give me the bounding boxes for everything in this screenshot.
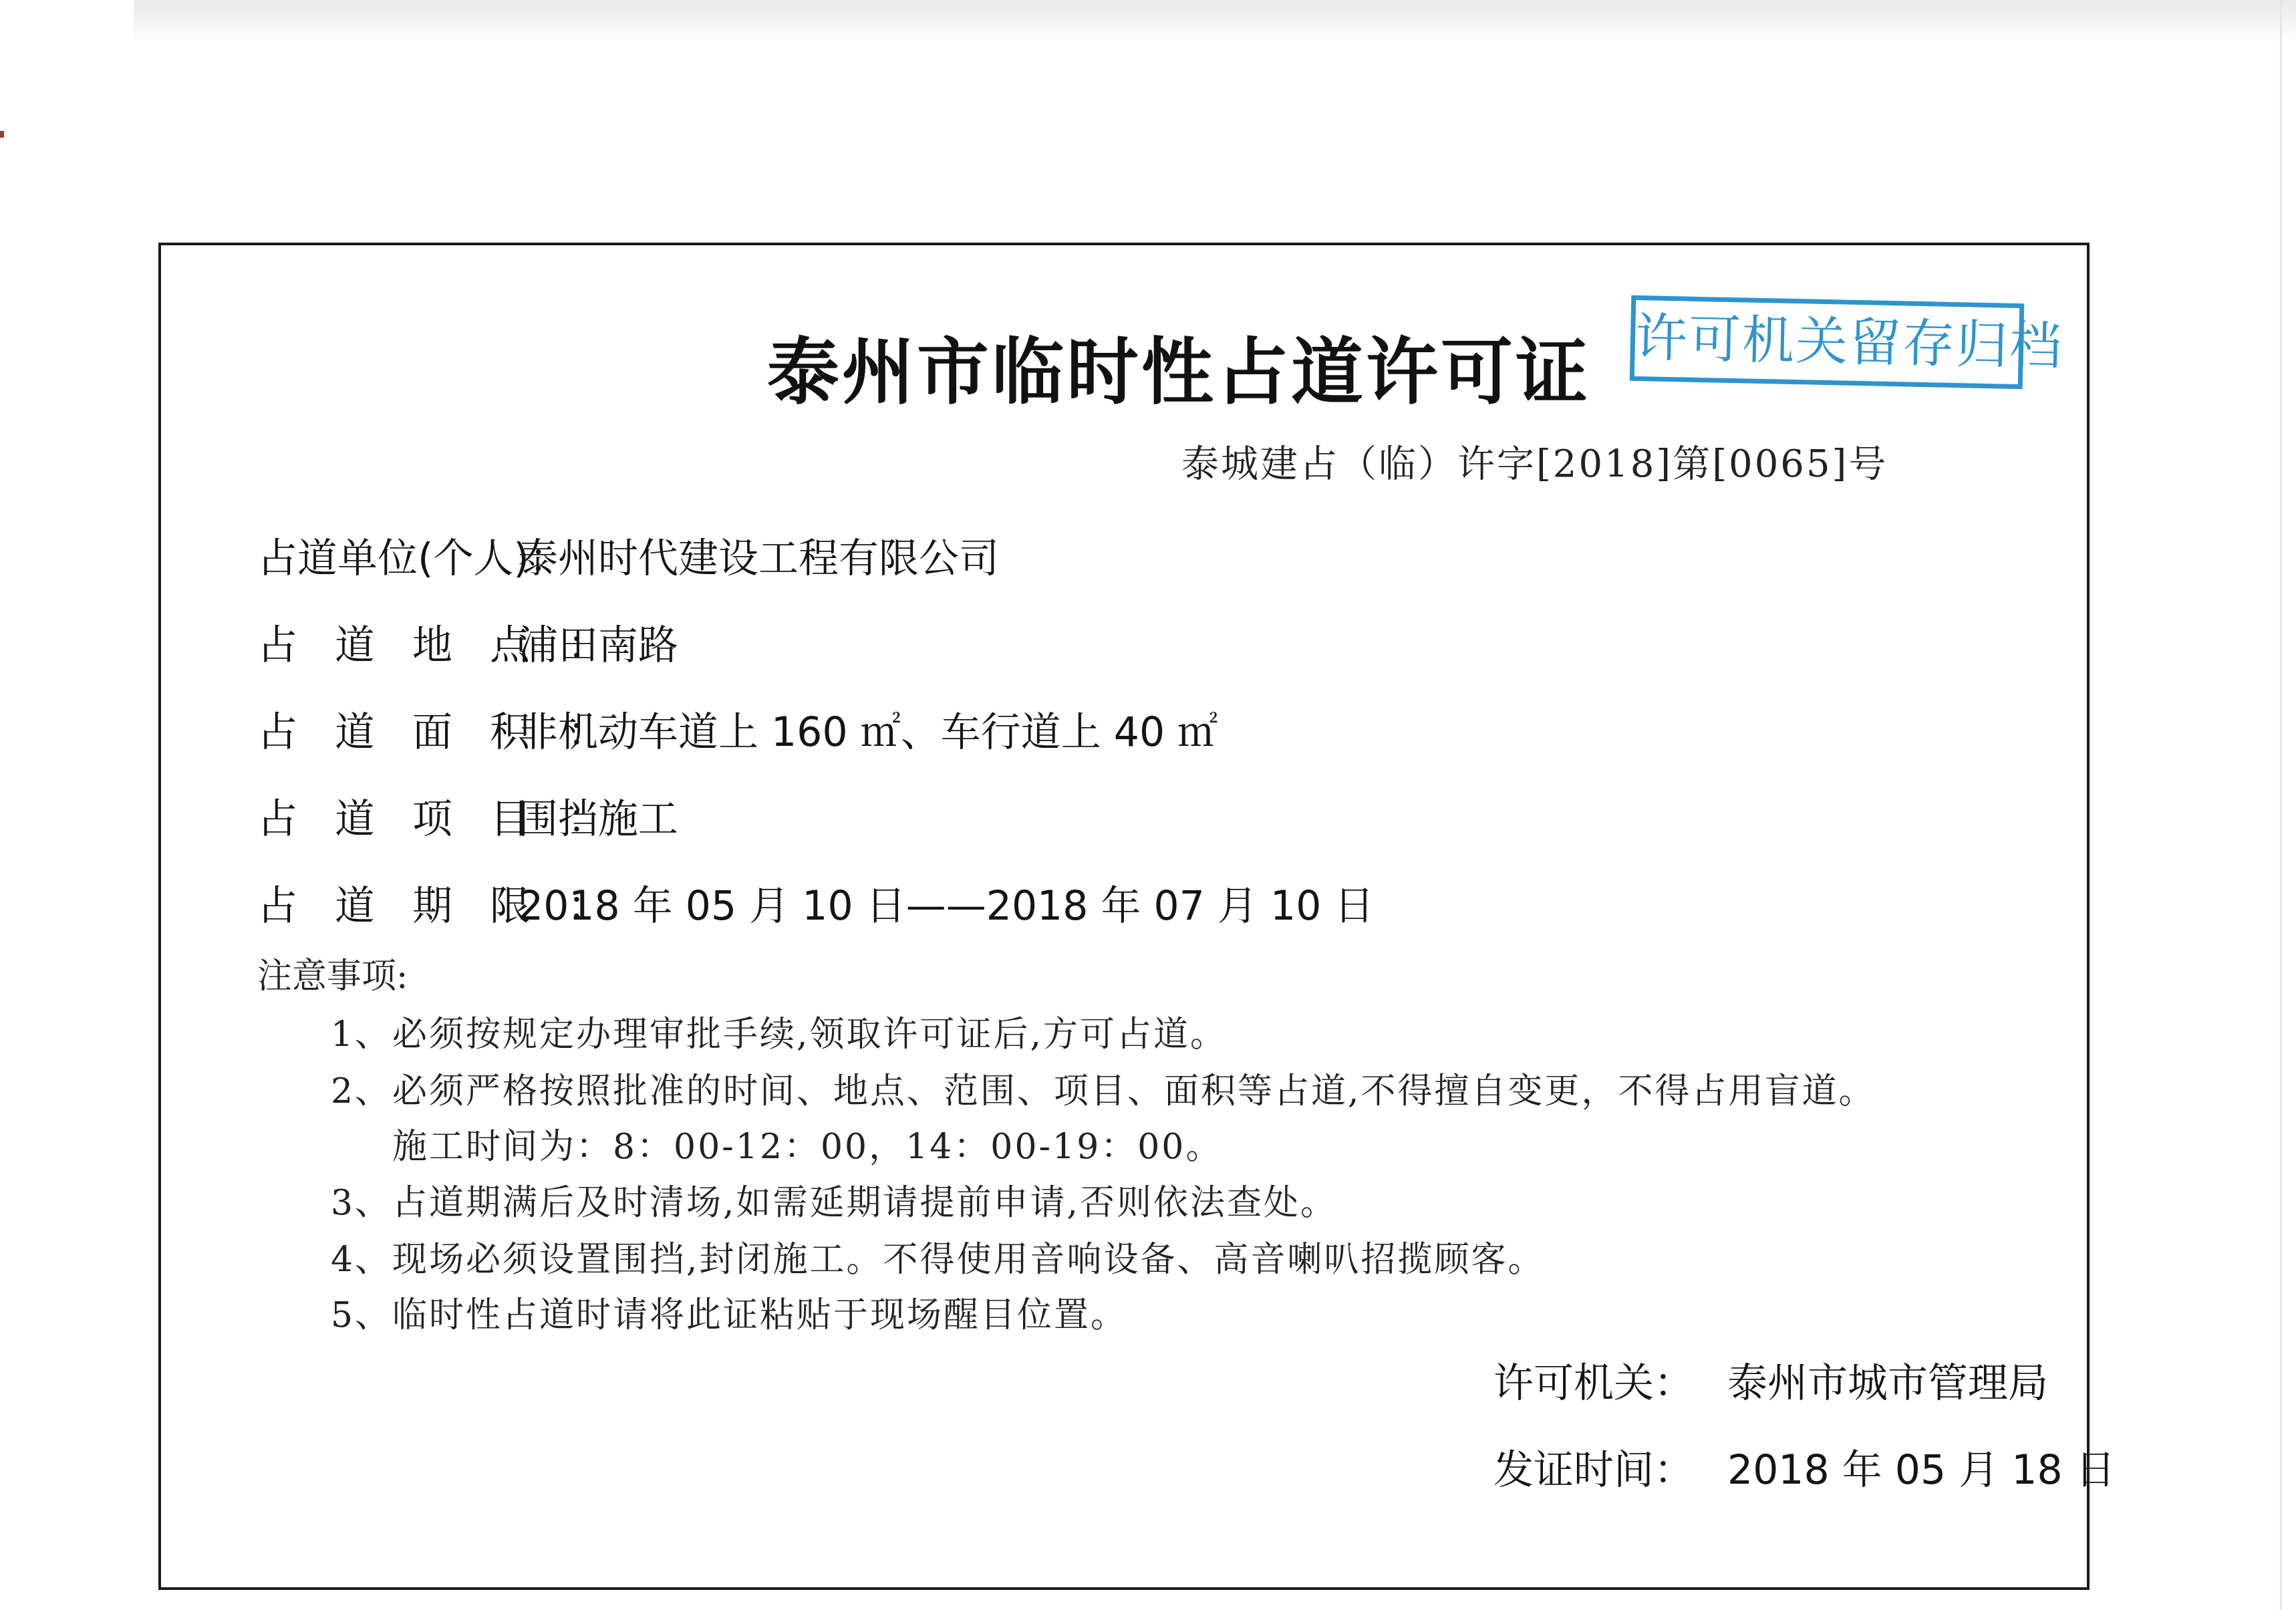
note-item: 1、必须按规定办理审批手续,领取许可证后,方可占道。 bbox=[331, 1006, 1227, 1056]
note-number: 1、 bbox=[331, 1006, 392, 1056]
note-text: 现场必须设置围挡,封闭施工。不得使用音响设备、高音喇叭招揽顾客。 bbox=[392, 1240, 1545, 1280]
field-value: 2018 年 05 月 10 日——2018 年 07 月 10 日 bbox=[518, 883, 1375, 930]
issue-date-label: 发证时间： bbox=[1493, 1438, 1727, 1496]
field-value: 非机动车道上 160 ㎡、车行道上 40 ㎡ bbox=[518, 709, 1217, 756]
issue-date-value: 2018 年 05 月 18 日 bbox=[1727, 1447, 2116, 1494]
document-title: 泰州市临时性占道许可证 bbox=[767, 314, 1590, 418]
field-occupant: 占道单位(个人)：泰州时代建设工程有限公司 bbox=[257, 527, 999, 584]
note-number: 3、 bbox=[331, 1174, 392, 1224]
field-project: 占道项目：围挡施工 bbox=[257, 787, 678, 845]
note-number: 5、 bbox=[331, 1287, 392, 1337]
note-text: 施工时间为：8：00-12：00，14：00-19：00。 bbox=[392, 1127, 1222, 1167]
field-value: 泰州时代建设工程有限公司 bbox=[518, 535, 999, 582]
field-value: 围挡施工 bbox=[518, 796, 678, 843]
note-text: 临时性占道时请将此证粘贴于现场醒目位置。 bbox=[392, 1295, 1127, 1335]
note-text: 必须按规定办理审批手续,领取许可证后,方可占道。 bbox=[392, 1015, 1227, 1055]
note-text: 占道期满后及时清场,如需延期请提前申请,否则依法查处。 bbox=[392, 1183, 1337, 1223]
archive-stamp: 许可机关留存归档 bbox=[1630, 295, 2025, 389]
note-item: 2、必须严格按照批准的时间、地点、范围、项目、面积等占道,不得擅自变更，不得占用… bbox=[331, 1063, 1876, 1113]
document-number: 泰城建占（临）许字[2018]第[0065]号 bbox=[1181, 434, 1888, 488]
note-number: 2、 bbox=[331, 1063, 392, 1113]
note-item: 5、临时性占道时请将此证粘贴于现场醒目位置。 bbox=[331, 1287, 1127, 1337]
note-item: 4、现场必须设置围挡,封闭施工。不得使用音响设备、高音喇叭招揽顾客。 bbox=[331, 1231, 1545, 1281]
note-text: 必须严格按照批准的时间、地点、范围、项目、面积等占道,不得擅自变更，不得占用盲道… bbox=[392, 1071, 1876, 1111]
field-value: 浦田南路 bbox=[518, 622, 678, 669]
issuing-authority: 许可机关：泰州市城市管理局 bbox=[1493, 1351, 2048, 1409]
scan-shadow bbox=[134, 0, 2296, 40]
page-edge bbox=[2280, 0, 2282, 1610]
note-number: 4、 bbox=[331, 1231, 392, 1281]
authority-value: 泰州市城市管理局 bbox=[1727, 1360, 2048, 1407]
authority-label: 许可机关： bbox=[1493, 1351, 1727, 1409]
note-item: 施工时间为：8：00-12：00，14：00-19：00。 bbox=[331, 1118, 1222, 1168]
field-area: 占道面积：非机动车道上 160 ㎡、车行道上 40 ㎡ bbox=[257, 700, 1217, 758]
field-location: 占道地点：浦田南路 bbox=[257, 614, 678, 671]
field-period: 占道期限：2018 年 05 月 10 日——2018 年 07 月 10 日 bbox=[257, 874, 1375, 932]
notes-title: 注意事项: bbox=[257, 948, 408, 998]
scan-mark bbox=[0, 131, 4, 138]
note-item: 3、占道期满后及时清场,如需延期请提前申请,否则依法查处。 bbox=[331, 1174, 1337, 1224]
issue-date: 发证时间：2018 年 05 月 18 日 bbox=[1493, 1438, 2116, 1496]
